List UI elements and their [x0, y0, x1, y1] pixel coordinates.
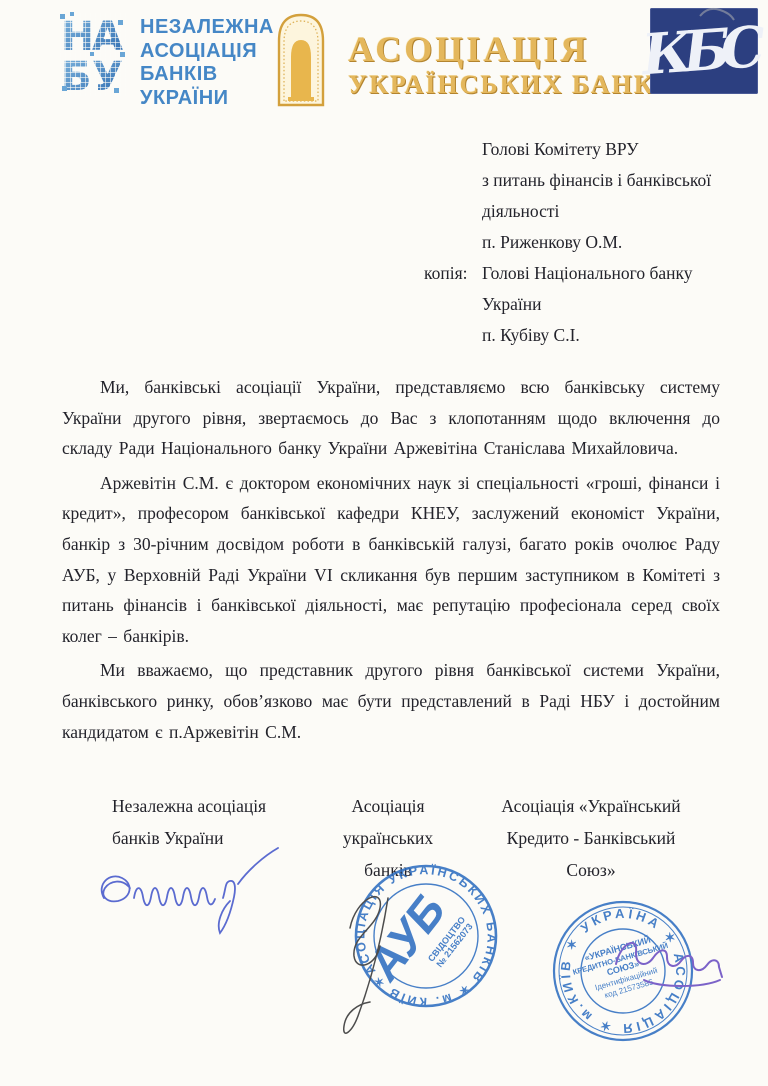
addressee-line: діяльності	[482, 196, 764, 227]
body-paragraph-3: Ми вважаємо, що представник другого рівн…	[62, 655, 720, 747]
addressee-copy: копія: Голові Національного банку Україн…	[424, 258, 764, 351]
scan-artifact	[692, 2, 738, 28]
addressee-to: Голові Комітету ВРУ з питань фінансів і …	[482, 134, 764, 258]
signatory-line: українських	[318, 822, 458, 854]
addressee-copy-lines: Голові Національного банку України п. Ку…	[482, 258, 693, 351]
aub-logo: АСОЦІАЦІЯ УКРАЇНСЬКИХ БАНКІВ	[272, 8, 686, 108]
nabu-monogram-icon: НА БУ	[60, 12, 126, 96]
nabu-name: НЕЗАЛЕЖНА АСОЦІАЦІЯ БАНКІВ УКРАЇНИ	[140, 16, 274, 110]
nabu-signature	[88, 846, 303, 946]
signatory-line: Незалежна асоціація	[112, 790, 312, 822]
signatory-line: Кредито - Банківський	[486, 822, 696, 854]
scanned-letter-page: НА БУ НЕЗАЛЕЖНА АСОЦІАЦІЯ БАНКІВ УКРАЇНИ…	[0, 0, 768, 1086]
addressee-line: п. Кубіву С.І.	[482, 320, 693, 351]
addressee-line: з питань фінансів і банківської	[482, 165, 764, 196]
addressee-line: Голові Комітету ВРУ	[482, 134, 764, 165]
signatory-line: Союз»	[486, 854, 696, 886]
copy-label: копія:	[424, 258, 482, 351]
signatory-line: Асоціація «Український	[486, 790, 696, 822]
signatory-nabu: Незалежна асоціація банків України	[112, 790, 312, 854]
addressee-line: України	[482, 289, 693, 320]
nabu-name-line: УКРАЇНИ	[140, 87, 274, 111]
body-paragraph-1: Ми, банківські асоціації України, предст…	[62, 372, 720, 464]
aub-title-line2: УКРАЇНСЬКИХ БАНКІВ	[348, 68, 686, 102]
nabu-logo: НА БУ НЕЗАЛЕЖНА АСОЦІАЦІЯ БАНКІВ УКРАЇНИ	[60, 12, 274, 110]
nabu-name-line: БАНКІВ	[140, 63, 274, 87]
body-paragraph-2: Аржевітін С.М. є доктором економічних на…	[62, 468, 720, 652]
addressee-line: п. Риженкову О.М.	[482, 227, 764, 258]
addressee-block: Голові Комітету ВРУ з питань фінансів і …	[424, 134, 764, 351]
nabu-name-line: АСОЦІАЦІЯ	[140, 40, 274, 64]
addressee-line: Голові Національного банку	[482, 258, 693, 289]
aub-arch-emblem-icon	[272, 8, 330, 108]
nabu-name-line: НЕЗАЛЕЖНА	[140, 16, 274, 40]
letter-body: Ми, банківські асоціації України, предст…	[62, 372, 720, 751]
signatory-line: Асоціація	[318, 790, 458, 822]
aub-signature	[322, 878, 447, 1053]
signatory-ukbs: Асоціація «Український Кредито - Банківс…	[486, 790, 696, 886]
aub-title-line1: АСОЦІАЦІЯ	[348, 30, 686, 68]
aub-title: АСОЦІАЦІЯ УКРАЇНСЬКИХ БАНКІВ	[348, 30, 686, 102]
ukbs-signature	[608, 920, 753, 1005]
